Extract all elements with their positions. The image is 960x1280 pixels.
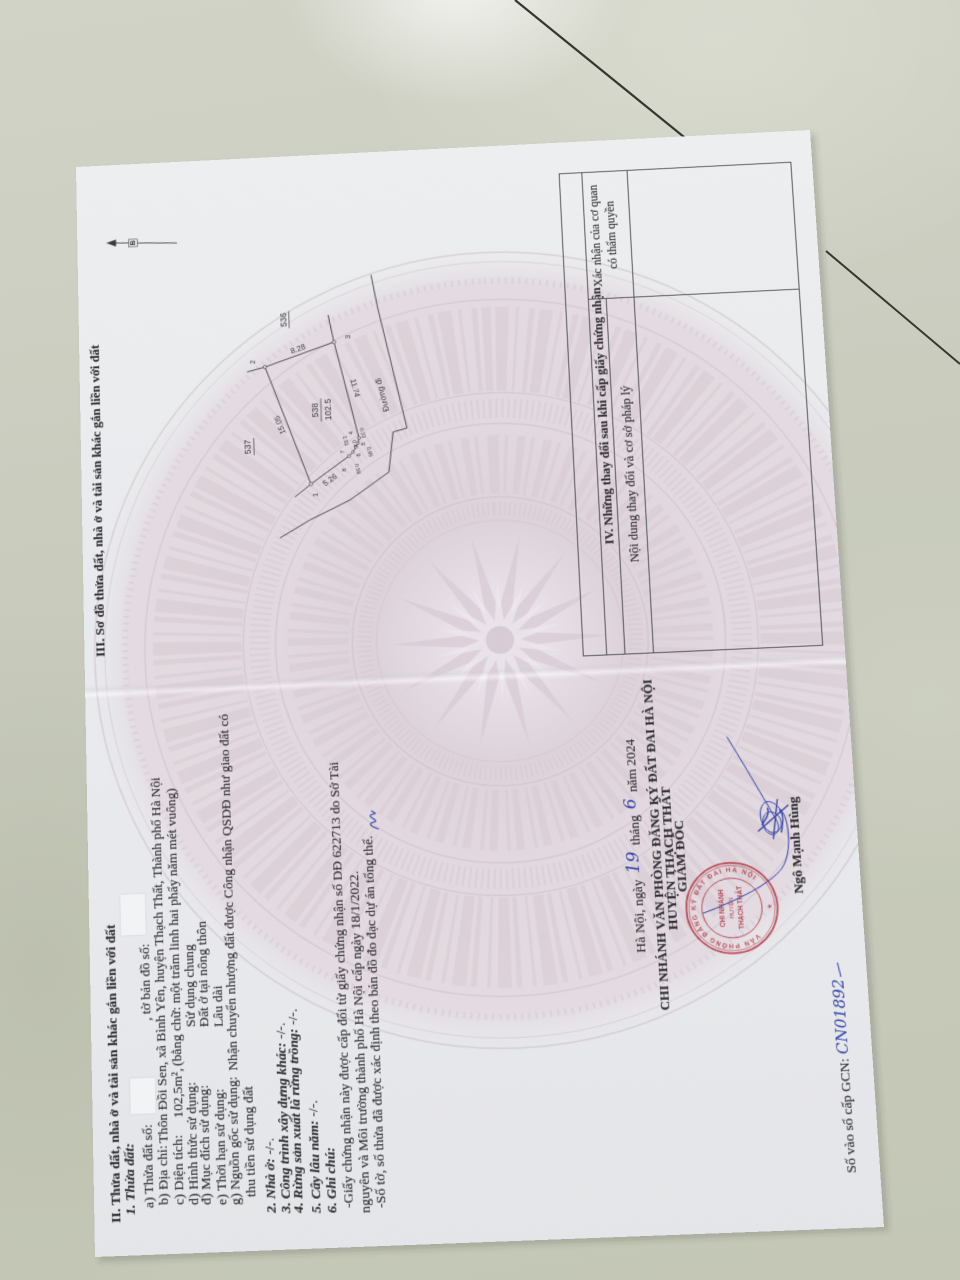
- edge-length-3-4: 11.74: [348, 378, 361, 399]
- svg-text:4: 4: [349, 431, 355, 435]
- road-boundary: [272, 274, 411, 538]
- official-red-stamp: VĂN PHÒNG ĐĂNG KÝ ĐẤT ĐAI HÀ NỘI CHI NHÁ…: [684, 861, 781, 955]
- svg-text:8.28: 8.28: [289, 342, 307, 355]
- svg-text:0.58: 0.58: [353, 463, 361, 474]
- boundary-extension: [328, 315, 334, 343]
- svg-text:1: 1: [310, 493, 319, 497]
- north-label: B: [129, 239, 138, 247]
- parcel-diagram: B 537 536 538 102.5: [106, 226, 411, 546]
- svg-text:536: 536: [278, 313, 288, 328]
- boundary-extension: [295, 484, 312, 497]
- parcel-538-label: 538 102.5: [310, 398, 333, 422]
- north-arrow-icon: [106, 240, 116, 247]
- adjacent-parcel-536: 536: [278, 311, 289, 329]
- svg-text:B: B: [129, 240, 138, 246]
- stamp-center-line1: CHI NHÁNH: [716, 889, 727, 927]
- svg-text:0.95: 0.95: [365, 446, 373, 457]
- edge-length-2-3: 8.28: [289, 342, 307, 355]
- svg-text:8: 8: [342, 468, 348, 472]
- director-signature: [693, 735, 794, 914]
- svg-text:537: 537: [243, 440, 253, 455]
- parcel-number: 538: [310, 403, 320, 418]
- vertex-labels: 1 2 3 4 5 6 7 8: [248, 334, 369, 500]
- floor-tile-seam: [515, 0, 684, 137]
- boundary-extension: [247, 367, 265, 372]
- photo-scene: II. Thửa đất, nhà ở và tài sản khác gắn …: [0, 0, 960, 1280]
- edge-length-1-2: 15.05: [272, 414, 287, 435]
- svg-text:11.74: 11.74: [348, 378, 361, 399]
- svg-text:0.4: 0.4: [350, 440, 358, 449]
- svg-text:1.91: 1.91: [341, 435, 349, 446]
- adjacent-parcel-537: 537: [243, 438, 254, 456]
- svg-text:2: 2: [249, 360, 258, 364]
- floor-tile-seam: [826, 251, 960, 364]
- svg-text:7: 7: [340, 450, 346, 454]
- land-certificate-sheet: II. Thửa đất, nhà ở và tài sản khác gắn …: [76, 130, 884, 1257]
- svg-text:3: 3: [344, 335, 353, 339]
- north-arrow-shaft: [111, 240, 177, 247]
- svg-text:6: 6: [357, 453, 363, 457]
- road-label: Đường đi: [373, 377, 391, 413]
- svg-text:Đường đi: Đường đi: [373, 377, 391, 413]
- ink-overlay: B 537 536 538 102.5: [76, 130, 884, 1257]
- stamp-center-line3: THẠCH THẤT: [733, 886, 746, 930]
- svg-text:15.05: 15.05: [272, 414, 287, 435]
- parcel-area: 102.5: [323, 399, 334, 421]
- handwritten-initials: [370, 811, 378, 830]
- svg-text:5: 5: [361, 442, 367, 446]
- stamp-star-icon: ★: [766, 903, 774, 909]
